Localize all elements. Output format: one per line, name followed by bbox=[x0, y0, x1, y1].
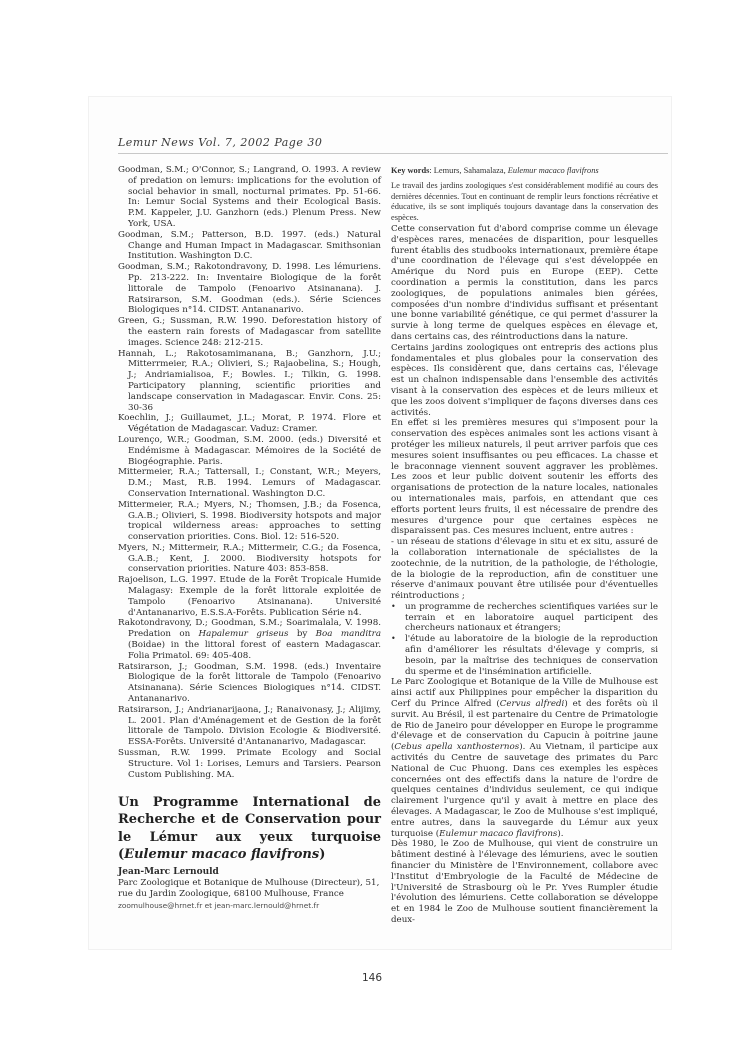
reference-item: Goodman, S.M.; O'Connor, S.; Langrand, O… bbox=[118, 165, 381, 230]
bullet-icon: • bbox=[391, 602, 405, 613]
journal-header: Lemur News Vol. 7, 2002 Page 30 bbox=[118, 136, 518, 150]
article-body-column: Key words: Lemurs, Sahamalaza, Eulemur m… bbox=[391, 165, 658, 926]
reference-item: Lourenço, W.R.; Goodman, S.M. 2000. (eds… bbox=[118, 435, 381, 467]
article-title: Un Programme International de Recherche … bbox=[118, 794, 381, 864]
bullet-text: l'étude au laboratoire de la biologie de… bbox=[405, 634, 658, 676]
keywords-line: Key words: Lemurs, Sahamalaza, Eulemur m… bbox=[391, 165, 658, 176]
bullet-icon: • bbox=[391, 634, 405, 645]
paragraph: - un réseau de stations d'élevage in sit… bbox=[391, 537, 658, 602]
reference-item: Goodman, S.M.; Patterson, B.D. 1997. (ed… bbox=[118, 230, 381, 262]
reference-item: Mittermeier, R.A.; Tattersall, I.; Const… bbox=[118, 467, 381, 499]
reference-item: Rakotondravony, D.; Goodman, S.M.; Soari… bbox=[118, 618, 381, 661]
reference-item: Mittermeier, R.A.; Myers, N.; Thomsen, J… bbox=[118, 500, 381, 543]
page-number: 146 bbox=[0, 972, 744, 984]
article-paragraphs: Le travail des jardins zoologiques s'est… bbox=[391, 181, 658, 926]
paragraph: Dès 1980, le Zoo de Mulhouse, qui vient … bbox=[391, 839, 658, 925]
reference-item: Ratsirarson, J.; Goodman, S.M. 1998. (ed… bbox=[118, 662, 381, 705]
author-emails: zoomulhouse@hrnet.fr et jean-marc.lernou… bbox=[118, 901, 381, 911]
paragraph: •l'étude au laboratoire de la biologie d… bbox=[391, 634, 658, 677]
reference-item: Green, G.; Sussman, R.W. 1990. Deforesta… bbox=[118, 316, 381, 348]
header-rule bbox=[118, 153, 668, 154]
paragraph: •un programme de recherches scientifique… bbox=[391, 602, 658, 634]
reference-item: Hannah, L.; Rakotosamimanana, B.; Ganzho… bbox=[118, 349, 381, 414]
reference-item: Koechlin, J.; Guillaumet, J.L.; Morat, P… bbox=[118, 413, 381, 435]
paragraph: En effet si les premières mesures qui s'… bbox=[391, 418, 658, 537]
paragraph: Le Parc Zoologique et Botanique de la Vi… bbox=[391, 677, 658, 839]
paragraph: Le travail des jardins zoologiques s'est… bbox=[391, 181, 658, 223]
author-affiliation: Parc Zoologique et Botanique de Mulhouse… bbox=[118, 878, 381, 900]
paragraph: Cette conservation fut d'abord comprise … bbox=[391, 224, 658, 343]
reference-item: Ratsirarson, J.; Andrianarijaona, J.; Ra… bbox=[118, 705, 381, 748]
reference-item: Rajoelison, L.G. 1997. Etude de la Forêt… bbox=[118, 575, 381, 618]
references-list: Goodman, S.M.; O'Connor, S.; Langrand, O… bbox=[118, 165, 381, 780]
keywords-values: : Lemurs, Sahamalaza, Eulemur macaco fla… bbox=[429, 166, 598, 175]
author-block: Jean-Marc Lernould Parc Zoologique et Bo… bbox=[118, 867, 381, 911]
paragraph: Certains jardins zoologiques ont entrepr… bbox=[391, 343, 658, 419]
keywords-label: Key words bbox=[391, 166, 429, 175]
reference-item: Goodman, S.M.; Rakotondravony, D. 1998. … bbox=[118, 262, 381, 316]
reference-item: Myers, N.; Mittermeir, R.A.; Mittermeir,… bbox=[118, 543, 381, 575]
bullet-text: un programme de recherches scientifiques… bbox=[405, 602, 658, 634]
author-name: Jean-Marc Lernould bbox=[118, 867, 381, 878]
reference-item: Sussman, R.W. 1999. Primate Ecology and … bbox=[118, 748, 381, 780]
